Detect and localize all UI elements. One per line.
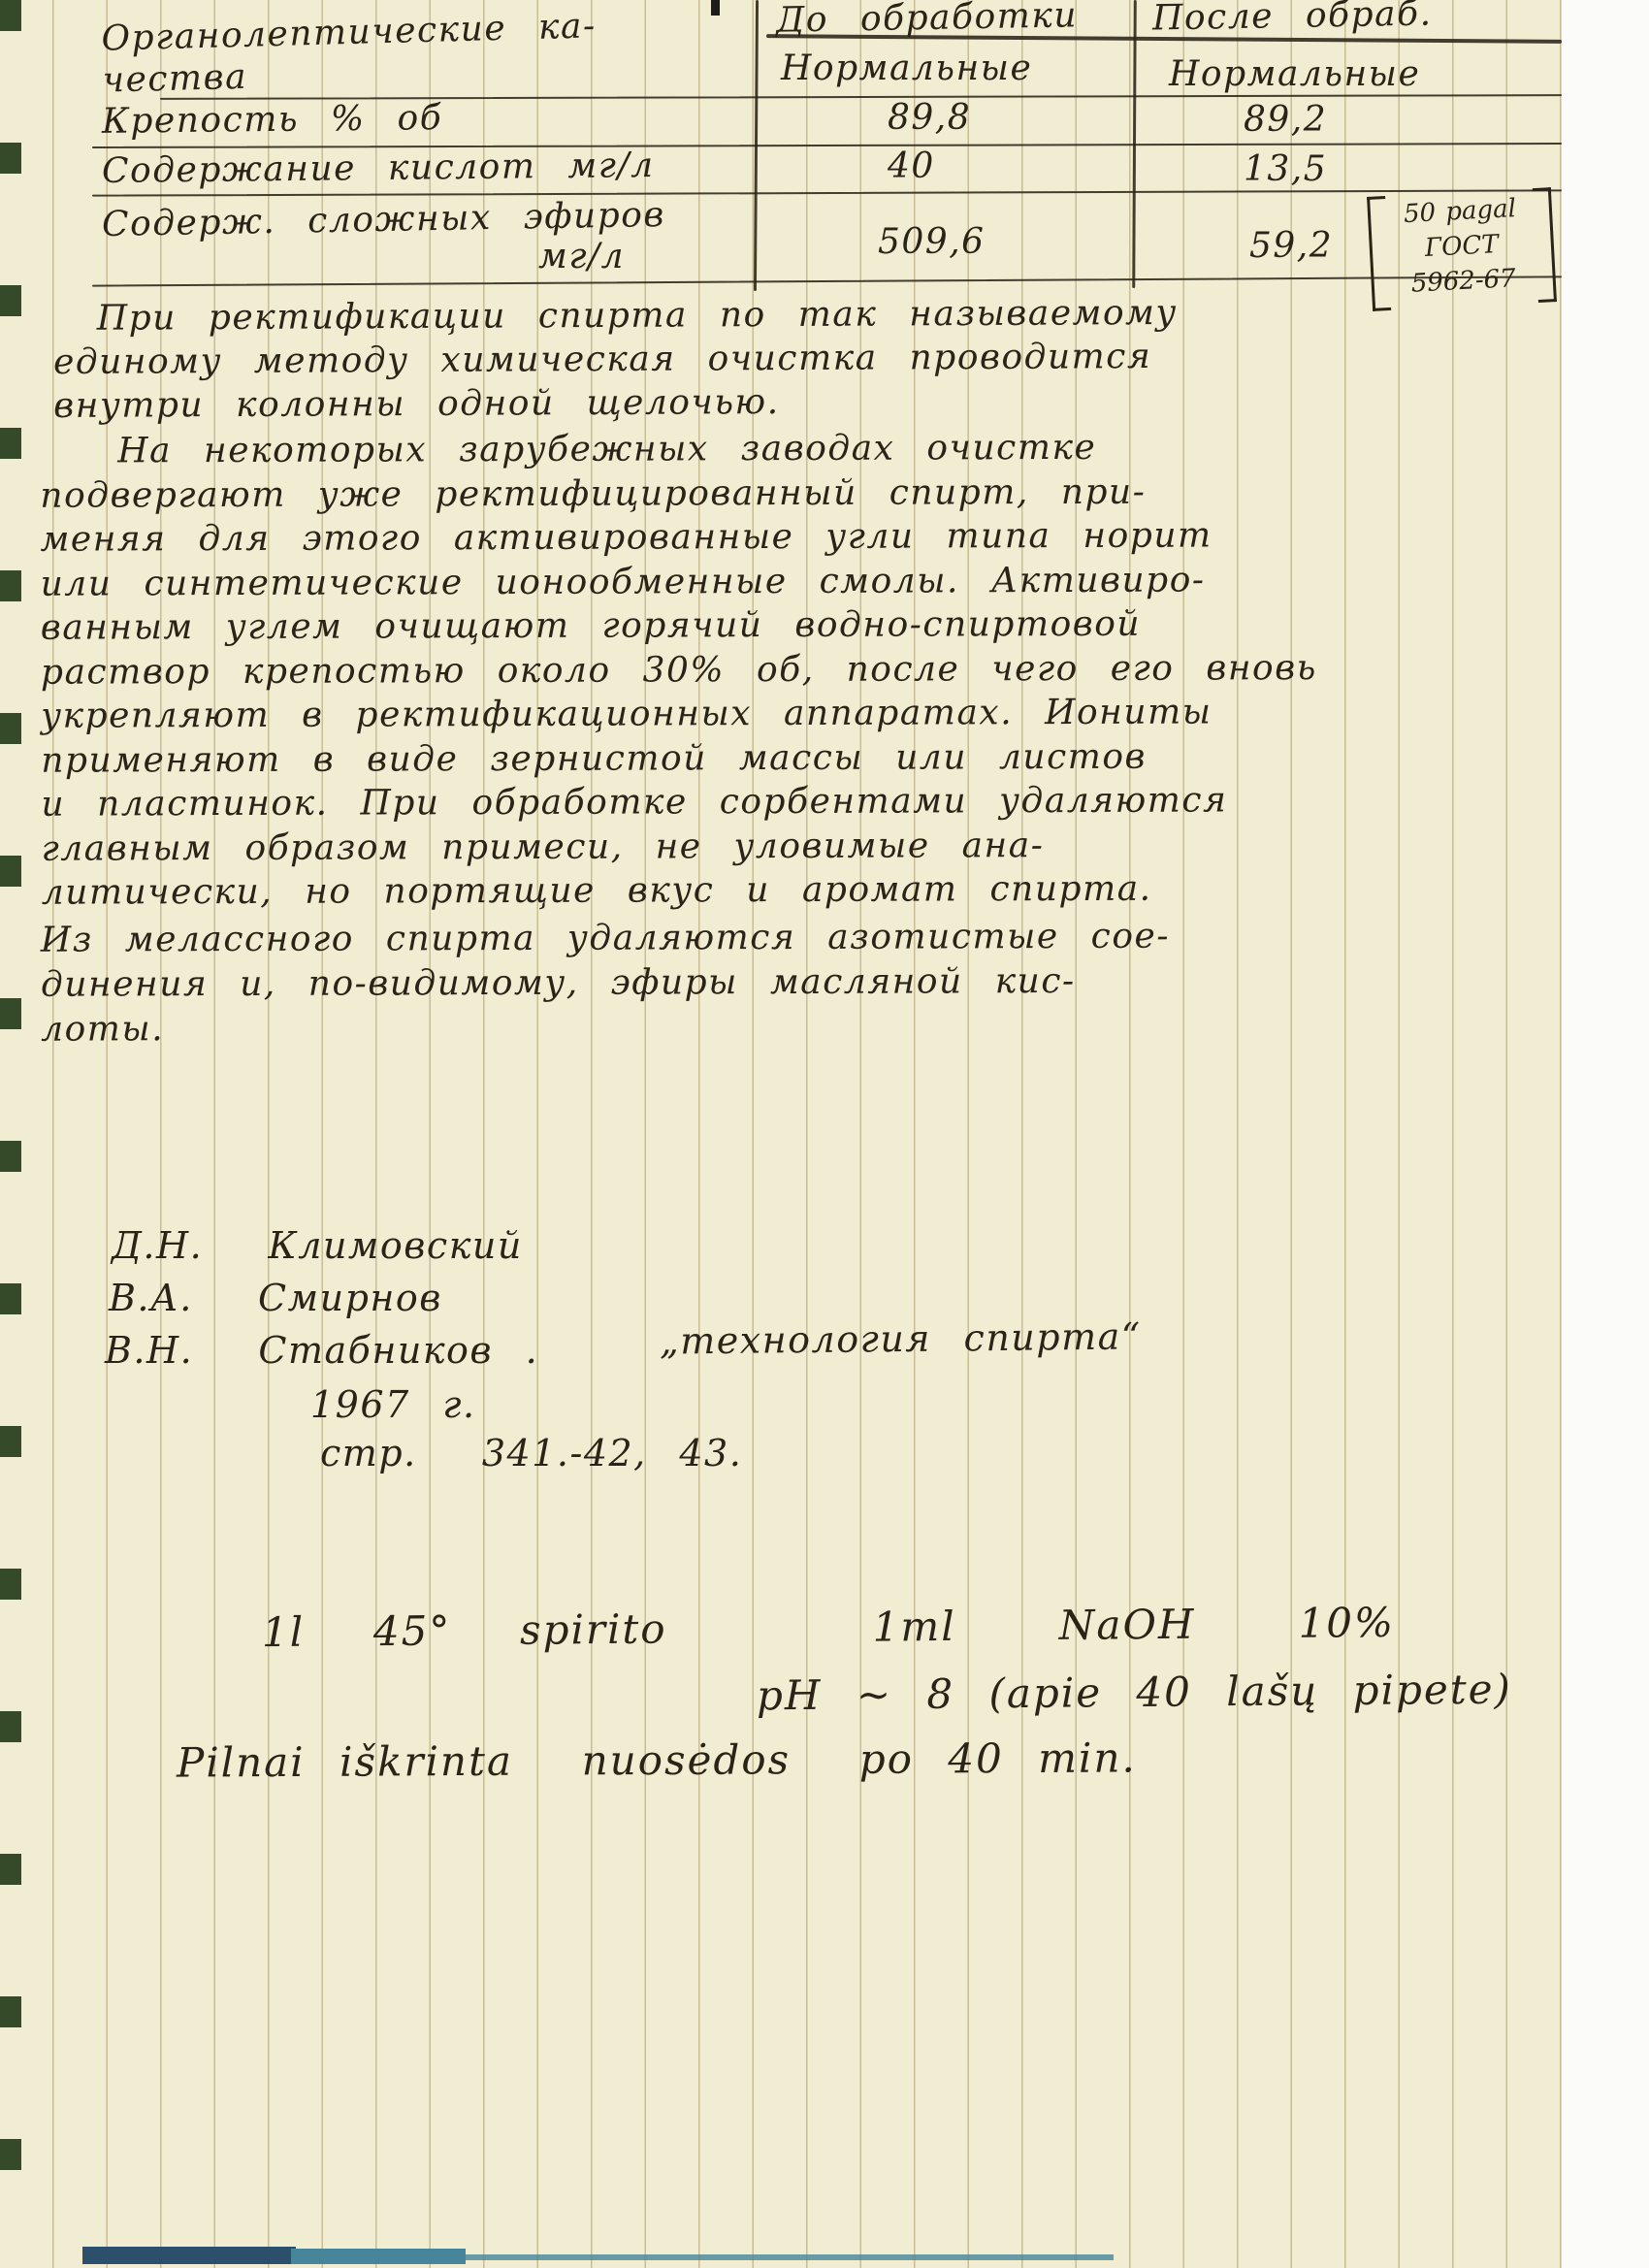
bottom-scan-bar-navy (82, 2247, 296, 2264)
table-param-0: Органолептические ка- чества (101, 5, 598, 101)
bottom-scan-line (464, 2254, 1114, 2260)
table-after-0: Нормальные (1169, 52, 1420, 96)
scanned-handwritten-page: До обработки После обраб. Органолептичес… (0, 0, 1649, 2268)
reference-book-title: „технология спирта“ (660, 1314, 1142, 1363)
scan-edge-marks (0, 0, 21, 2268)
paragraph-2: На некоторых зарубежных заводах очистке … (40, 424, 1540, 915)
table-param-2: Содержание кислот мг/л (102, 144, 655, 193)
table-before-3: 509,6 (878, 220, 986, 264)
table-header-before: До обработки (776, 0, 1079, 43)
table-after-3: 59,2 (1249, 224, 1333, 268)
bottom-scan-bar-teal (291, 2249, 466, 2264)
table-before-0: Нормальные (781, 47, 1032, 90)
table-after-2: 13,5 (1244, 147, 1327, 191)
table-header-after: После обраб. (1152, 0, 1433, 41)
table-param-1: Крепость % об (102, 96, 443, 144)
reference-author-3: В.Н. Стабников . (105, 1329, 538, 1373)
top-scan-mark (711, 0, 720, 16)
table-before-1: 89,8 (888, 96, 971, 140)
lab-note-line-2: pH ~ 8 (apie 40 lašų pipete) (757, 1668, 1512, 1718)
gost-note-text: 50 pagal ГОСТ 5962-67 (1380, 190, 1542, 303)
table-param-3-unit: мг/л (538, 235, 625, 278)
reference-author-1: Д.Н. Климовский (112, 1224, 523, 1268)
reference-pages: стр. 341.-42, 43. (320, 1432, 742, 1475)
right-scan-margin (1562, 0, 1649, 2268)
lab-note-line-1: 1l 45° spirito 1ml NaOH 10% (262, 1601, 1395, 1654)
paragraph-3: Из мелассного спирта удаляются азотистые… (41, 913, 1539, 1052)
reference-author-2: В.А. Смирнов (109, 1277, 442, 1320)
paragraph-1: При ректификации спирта по так называемо… (53, 289, 1529, 428)
table-after-1: 89,2 (1244, 98, 1327, 142)
reference-year: 1967 г. (310, 1383, 476, 1427)
lab-note-line-3: Pilnai iškrinta nuosėdos po 40 min. (177, 1735, 1137, 1784)
table-before-2: 40 (888, 145, 935, 188)
